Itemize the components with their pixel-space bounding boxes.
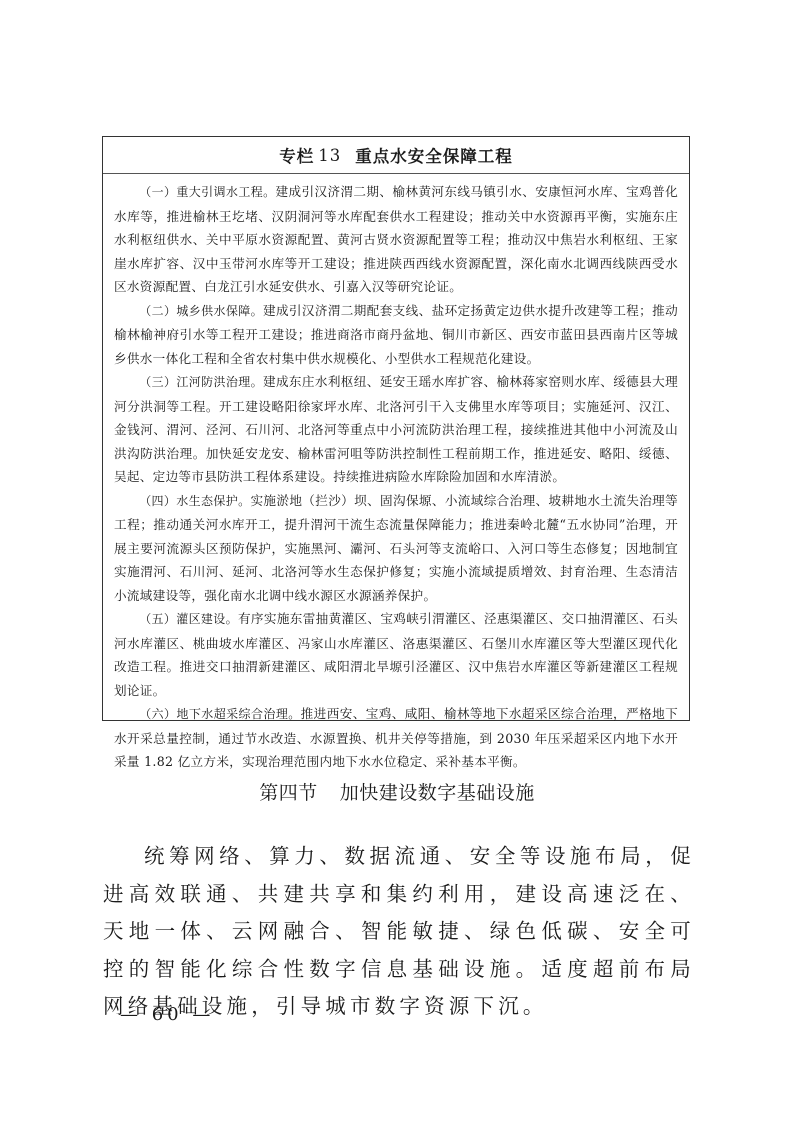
- box-item-text: 实施淤地（拦沙）坝、固沟保塬、小流域综合治理、坡耕地水土流失治理等工程；推动通关…: [114, 493, 678, 603]
- box-item-1: （一）重大引调水工程。建成引汉济渭二期、榆林黄河东线马镇引水、安康恒河水库、宝鸡…: [114, 180, 678, 299]
- box-item-lead: （一）重大引调水工程。: [139, 185, 275, 199]
- feature-box-number: 13: [318, 146, 341, 165]
- box-item-5: （五）灌区建设。有序实施东雷抽黄灌区、宝鸡峡引渭灌区、泾惠渠灌区、交口抽渭灌区、…: [114, 607, 678, 702]
- box-item-lead: （二）城乡供水保障。: [139, 304, 263, 318]
- box-item-lead: （六）地下水超采综合治理。: [139, 707, 300, 721]
- box-item-2: （二）城乡供水保障。建成引汉济渭二期配套支线、盐环定扬黄定边供水提升改建等工程；…: [114, 299, 678, 371]
- box-item-text: 建成东庄水利枢纽、延安王瑶水库扩容、榆林蒋家窑则水库、绥德县大理河分洪洞等工程。…: [114, 374, 678, 484]
- feature-box-body: （一）重大引调水工程。建成引汉济渭二期、榆林黄河东线马镇引水、安康恒河水库、宝鸡…: [103, 174, 689, 774]
- body-text: 统筹网络、算力、数据流通、安全等设施布局，促进高效联通、共建共享和集约利用，建设…: [103, 838, 695, 1026]
- section-heading: 第四节加快建设数字基础设施: [0, 778, 794, 805]
- feature-box-title: 专栏 13 重点水安全保障工程: [103, 137, 689, 174]
- feature-box: 专栏 13 重点水安全保障工程 （一）重大引调水工程。建成引汉济渭二期、榆林黄河…: [102, 136, 690, 721]
- box-item-text: 建成引汉济渭二期、榆林黄河东线马镇引水、安康恒河水库、宝鸡普化水库等，推进榆林王…: [114, 184, 678, 294]
- feature-box-label: 专栏: [279, 143, 314, 167]
- section-number: 第四节: [259, 782, 318, 804]
- section-title: 加快建设数字基础设施: [340, 782, 535, 804]
- box-item-3: （三）江河防洪治理。建成东庄水利枢纽、延安王瑶水库扩容、榆林蒋家窑则水库、绥德县…: [114, 370, 678, 489]
- page-number: — 60 —: [120, 1004, 214, 1025]
- body-paragraph: 统筹网络、算力、数据流通、安全等设施布局，促进高效联通、共建共享和集约利用，建设…: [103, 838, 695, 1026]
- box-item-lead: （五）灌区建设。: [139, 612, 238, 626]
- feature-box-heading: 重点水安全保障工程: [355, 143, 513, 167]
- box-item-4: （四）水生态保护。实施淤地（拦沙）坝、固沟保塬、小流域综合治理、坡耕地水土流失治…: [114, 489, 678, 608]
- box-item-lead: （四）水生态保护。: [139, 494, 250, 508]
- box-item-6: （六）地下水超采综合治理。推进西安、宝鸡、咸阳、榆林等地下水超采区综合治理，严格…: [114, 702, 678, 774]
- box-item-lead: （三）江河防洪治理。: [139, 375, 263, 389]
